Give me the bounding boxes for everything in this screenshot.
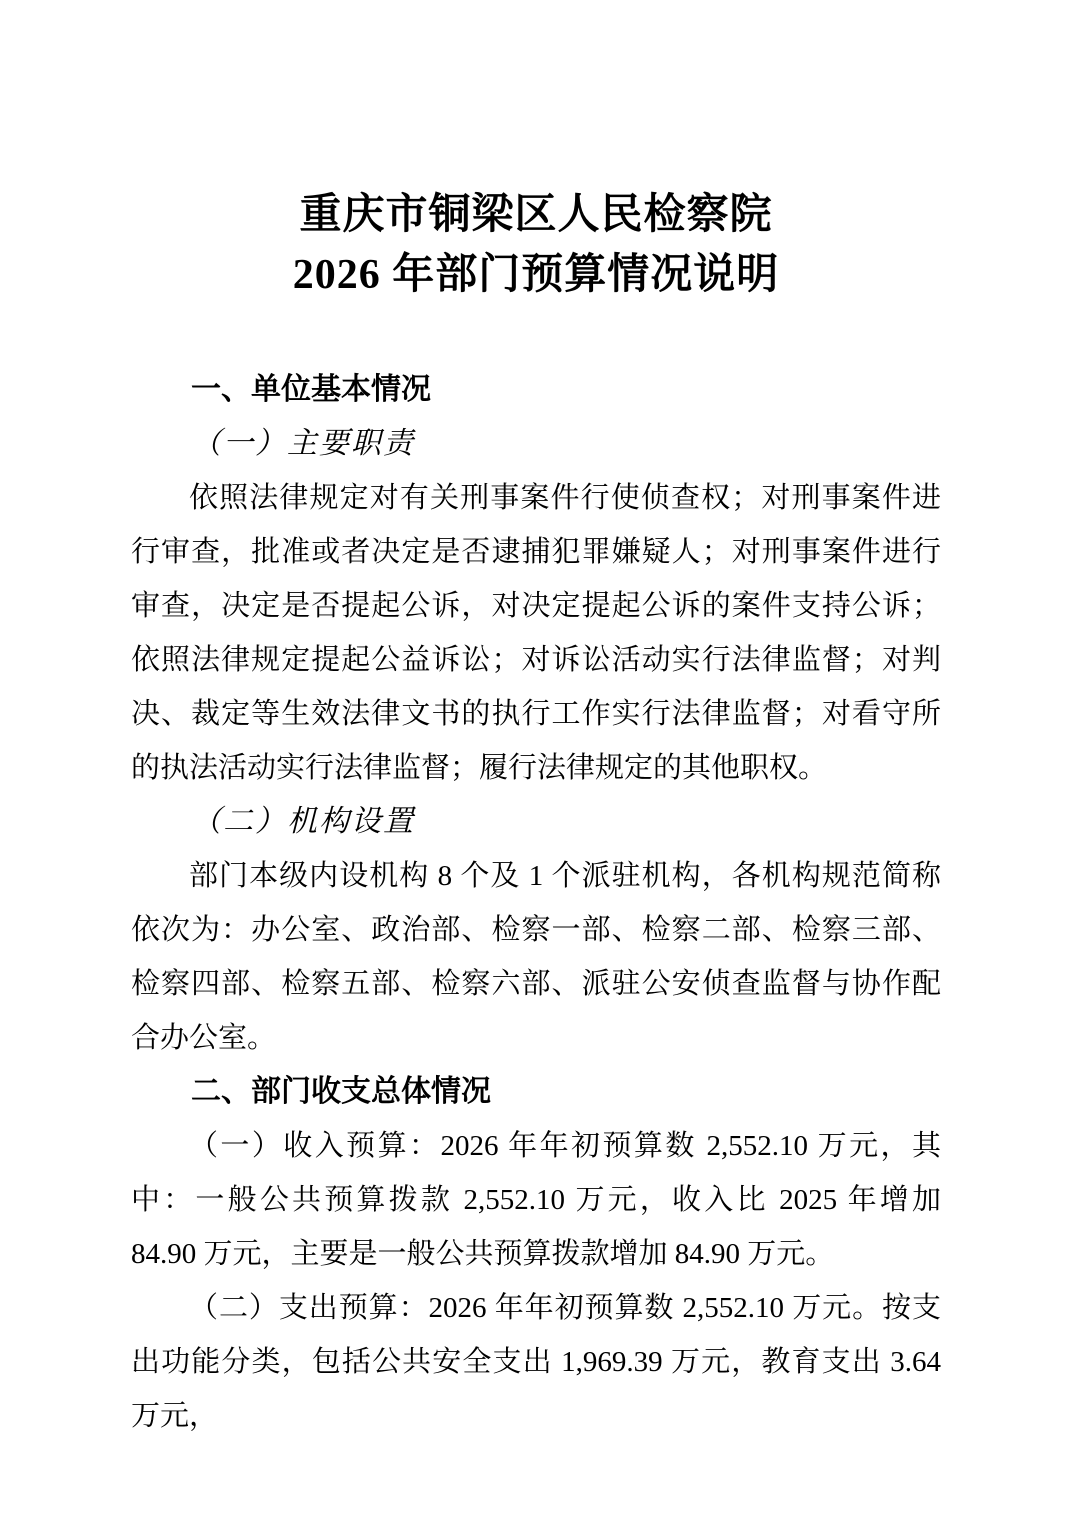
- section-2-heading: 二、部门收支总体情况: [131, 1065, 941, 1119]
- section-2-paragraph-1: （一）收入预算：2026 年年初预算数 2,552.10 万元，其中：一般公共预…: [131, 1119, 941, 1281]
- document-title: 重庆市铜梁区人民检察院 2026 年部门预算情况说明: [131, 185, 941, 305]
- section-1-heading: 一、单位基本情况: [131, 363, 941, 417]
- section-1-paragraph-2: 部门本级内设机构 8 个及 1 个派驻机构，各机构规范简称依次为：办公室、政治部…: [131, 849, 941, 1065]
- document-title-line2: 2026 年部门预算情况说明: [131, 245, 941, 305]
- section-1-sub-2-heading: （二）机构设置: [131, 795, 941, 849]
- section-1-sub-1-heading: （一）主要职责: [131, 417, 941, 471]
- document-title-line1: 重庆市铜梁区人民检察院: [131, 185, 941, 245]
- document-content: 重庆市铜梁区人民检察院 2026 年部门预算情况说明 一、单位基本情况 （一）主…: [131, 0, 941, 1443]
- section-1-paragraph-1: 依照法律规定对有关刑事案件行使侦查权；对刑事案件进行审查，批准或者决定是否逮捕犯…: [131, 471, 941, 795]
- section-2-paragraph-2: （二）支出预算：2026 年年初预算数 2,552.10 万元。按支出功能分类，…: [131, 1281, 941, 1443]
- document-page: 重庆市铜梁区人民检察院 2026 年部门预算情况说明 一、单位基本情况 （一）主…: [0, 0, 1074, 1520]
